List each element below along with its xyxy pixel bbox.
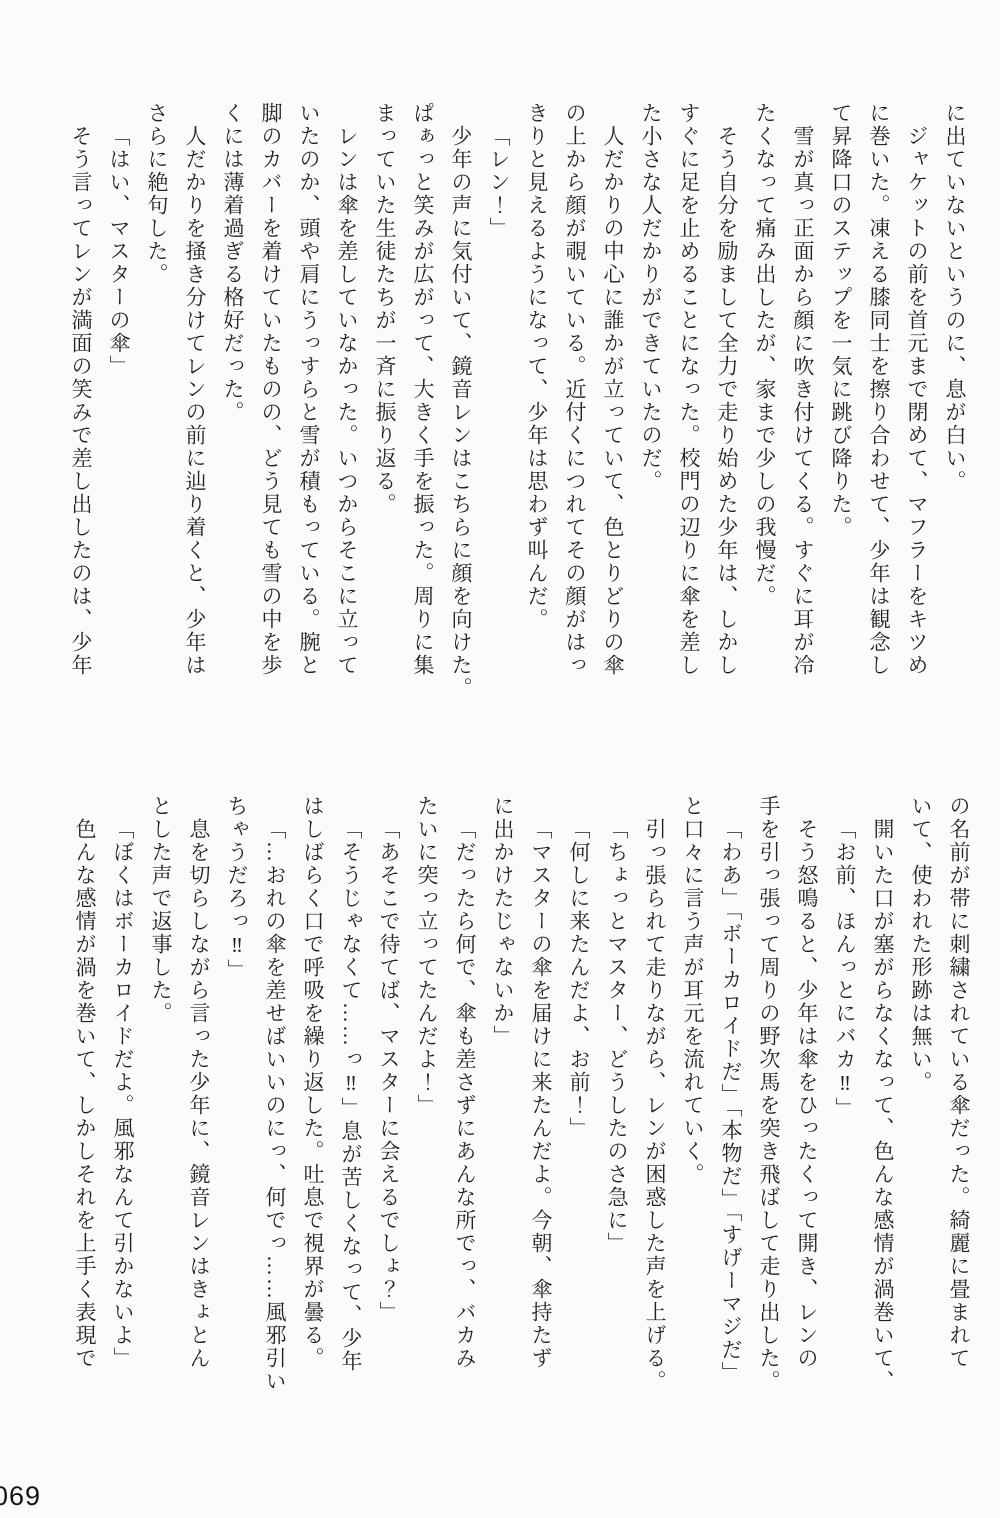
text-line: まっていた生徒たちが一斉に振り返る。	[366, 102, 404, 762]
text-line: レンは傘を差していなかった。いつからそこに立って	[328, 102, 366, 762]
text-line: くには薄着過ぎる格好だった。	[214, 102, 252, 762]
page-number: 069	[0, 1481, 41, 1512]
text-line: さらに絶句した。	[138, 102, 176, 762]
text-line: 人だかりを掻き分けてレンの前に辿り着くと、少年は	[176, 102, 214, 762]
text-line: そう言ってレンが満面の笑みで差し出したのは、少年	[62, 102, 100, 762]
text-line: 「あそこで待てば、マスターに会えるでしょ？」	[370, 795, 408, 1475]
text-line: て昇降口のステップを一気に跳び降りた。	[822, 102, 860, 762]
text-line: 人だかりの中心に誰かが立っていて、色とりどりの傘	[594, 102, 632, 762]
text-block-top: に出ていないというのに、息が白い。ジャケットの前を首元まで閉めて、マフラーをキツ…	[62, 102, 974, 762]
text-line: に巻いた。凍える膝同士を擦り合わせて、少年は観念し	[860, 102, 898, 762]
text-line: 脚のカバーを着けていたものの、どう見ても雪の中を歩	[252, 102, 290, 762]
text-line: に出かけたじゃないか」	[484, 795, 522, 1475]
text-line: 引っ張られて走りながら、レンが困惑した声を上げる。	[636, 795, 674, 1475]
text-line: いて、使われた形跡は無い。	[902, 795, 940, 1475]
text-line: きりと見えるようになって、少年は思わず叫んだ。	[518, 102, 556, 762]
text-line: たくなって痛み出したが、家まで少しの我慢だ。	[746, 102, 784, 762]
text-line: 「だったら何で、傘も差さずにあんな所でっ、バカみ	[446, 795, 484, 1475]
text-line: 「はい、マスターの傘」	[100, 102, 138, 762]
text-line: と口々に言う声が耳元を流れていく。	[674, 795, 712, 1475]
text-line: たいに突っ立ってたんだよ！」	[408, 795, 446, 1475]
text-line: の名前が帯に刺繍されている傘だった。綺麗に畳まれて	[940, 795, 978, 1475]
text-line: 「ぼくはボーカロイドだよ。風邪なんて引かないよ」	[104, 795, 142, 1475]
text-line: 雪が真っ正面から顔に吹き付けてくる。すぐに耳が冷	[784, 102, 822, 762]
text-line: ジャケットの前を首元まで閉めて、マフラーをキツめ	[898, 102, 936, 762]
text-line: ちゃうだろっ‼」	[218, 795, 256, 1475]
text-line: はしばらく口で呼吸を繰り返した。吐息で視界が曇る。	[294, 795, 332, 1475]
text-line: 少年の声に気付いて、鏡音レンはこちらに顔を向けた。	[442, 102, 480, 762]
text-line: 手を引っ張って周りの野次馬を突き飛ばして走り出した。	[750, 795, 788, 1475]
text-line: 「…おれの傘を差せばいいのにっ、何でっ……風邪引い	[256, 795, 294, 1475]
text-line: いたのか、頭や肩にうっすらと雪が積もっている。腕と	[290, 102, 328, 762]
text-line: 開いた口が塞がらなくなって、色んな感情が渦巻いて、	[864, 795, 902, 1475]
text-line: 「何しに来たんだよ、お前！」	[560, 795, 598, 1475]
text-block-bottom: の名前が帯に刺繍されている傘だった。綺麗に畳まれていて、使われた形跡は無い。開い…	[66, 795, 978, 1475]
text-line: すぐに足を止めることになった。校門の辺りに傘を差し	[670, 102, 708, 762]
text-line: そう怒鳴ると、少年は傘をひったくって開き、レンの	[788, 795, 826, 1475]
text-line: に出ていないというのに、息が白い。	[936, 102, 974, 762]
text-line: とした声で返事した。	[142, 795, 180, 1475]
text-line: 色んな感情が渦を巻いて、しかしそれを上手く表現で	[66, 795, 104, 1475]
text-line: そう自分を励まして全力で走り始めた少年は、しかし	[708, 102, 746, 762]
text-line: 息を切らしながら言った少年に、鏡音レンはきょとん	[180, 795, 218, 1475]
text-line: 「レン！」	[480, 102, 518, 762]
text-line: 「お前、ほんっとにバカ‼」	[826, 795, 864, 1475]
text-line: ぱぁっと笑みが広がって、大きく手を振った。周りに集	[404, 102, 442, 762]
text-line: 「マスターの傘を届けに来たんだよ。今朝、傘持たず	[522, 795, 560, 1475]
novel-page: に出ていないというのに、息が白い。ジャケットの前を首元まで閉めて、マフラーをキツ…	[0, 0, 1000, 1518]
text-line: の上から顔が覗いている。近付くにつれてその顔がはっ	[556, 102, 594, 762]
text-line: た小さな人だかりができていたのだ。	[632, 102, 670, 762]
text-line: 「ちょっとマスター、どうしたのさ急に」	[598, 795, 636, 1475]
text-line: 「そうじゃなくて……っ‼」息が苦しくなって、少年	[332, 795, 370, 1475]
text-line: 「わあ」「ボーカロイドだ」「本物だ」「すげーマジだ」	[712, 795, 750, 1475]
